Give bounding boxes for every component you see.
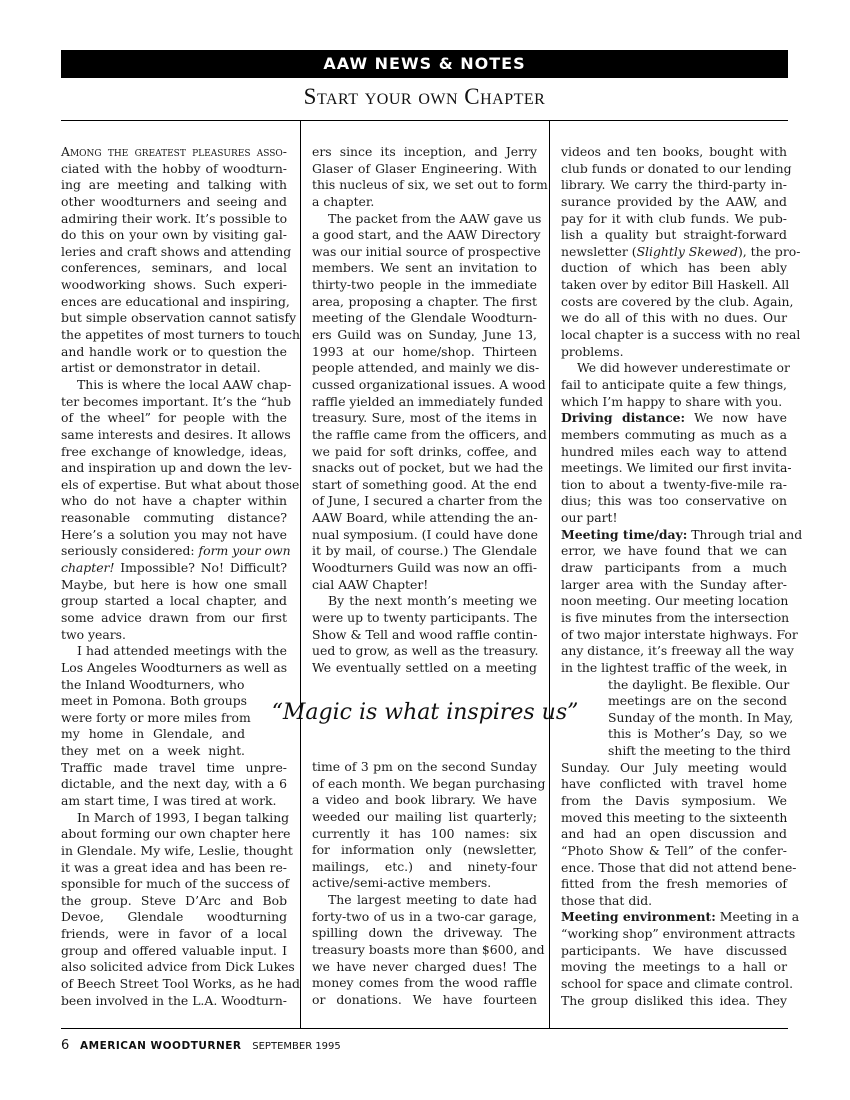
text-line: snacks out of pocket, but we had the: [312, 460, 537, 477]
text-line: members. We sent an invitation to: [312, 260, 537, 277]
text-run: leries and craft shows and attending: [61, 244, 291, 259]
text-run: area, proposing a chapter. The first: [312, 294, 537, 309]
text-run: forty-two of us in a two-car garage,: [312, 909, 537, 924]
text-line: start of something good. At the end: [312, 477, 537, 494]
text-line: the raffle came from the officers, and: [312, 427, 537, 444]
text-run: Driving distance:: [561, 410, 685, 425]
text-run: Among the greatest pleasures asso-: [61, 144, 287, 159]
text-run: we paid for soft drinks, coffee, and: [312, 444, 537, 459]
text-line: moving the meetings to a hall or: [561, 959, 787, 976]
text-run: of the wheel” for people with the: [61, 410, 287, 425]
text-run: artist or demonstrator in detail.: [61, 360, 261, 375]
article-title: Start your own Chapter: [61, 84, 788, 110]
text-run: Impossible? No! Difficult?: [114, 560, 287, 575]
column-divider-2: [549, 120, 550, 1028]
text-line: videos and ten books, bought with: [561, 144, 787, 161]
text-line: who do not have a chapter within: [61, 493, 287, 510]
text-line: about forming our own chapter here: [61, 826, 287, 843]
magazine-name: AMERICAN WOODTURNER: [80, 1040, 241, 1052]
text-run: Traffic made travel time unpre-: [61, 760, 287, 775]
text-line: members commuting as much as a: [561, 427, 787, 444]
text-run: a video and book library. We have: [312, 792, 537, 807]
text-line: of June, I secured a charter from the: [312, 493, 537, 510]
column-divider-1: [300, 120, 301, 1028]
text-line: Los Angeles Woodturners as well as: [61, 660, 287, 677]
text-line: which I’m happy to share with you.: [561, 394, 787, 411]
text-run: other woodturners and seeing and: [61, 194, 287, 209]
text-run: in Glendale. My wife, Leslie, thought: [61, 843, 293, 858]
text-run: The largest meeting to date had: [328, 892, 537, 907]
text-run: of each month. We began purchasing: [312, 776, 545, 791]
text-line: money comes from the wood raffle: [312, 975, 537, 992]
text-line: cussed organizational issues. A wood: [312, 377, 537, 394]
text-run: have conflicted with travel home: [561, 776, 787, 791]
text-run: those that did.: [561, 893, 652, 908]
text-line: have conflicted with travel home: [561, 776, 787, 793]
text-line: cial AAW Chapter!: [312, 577, 537, 594]
text-run: Meeting environment:: [561, 909, 716, 924]
text-run: “working shop” environment attracts: [561, 926, 795, 941]
text-run: was our initial source of prospective: [312, 244, 541, 259]
text-run: were up to twenty participants. The: [312, 610, 537, 625]
text-line: currently it has 100 names: six: [312, 826, 537, 843]
text-run: form your own: [199, 543, 291, 558]
text-line: The group disliked this idea. They: [561, 993, 787, 1010]
text-run: a good start, and the AAW Directory: [312, 227, 541, 242]
text-run: ence. Those that did not attend bene-: [561, 860, 796, 875]
text-run: nual symposium. (I could have done: [312, 527, 538, 542]
text-line: two years.: [61, 627, 287, 644]
text-line: AAW Board, while attending the an-: [312, 510, 537, 527]
text-line: Among the greatest pleasures asso-: [61, 144, 287, 161]
text-line: ences are educational and inspiring,: [61, 294, 287, 311]
text-run: money comes from the wood raffle: [312, 975, 537, 990]
text-line: active/semi-active members.: [312, 875, 537, 892]
text-run: problems.: [561, 344, 624, 359]
text-line: pay for it with club funds. We pub-: [561, 211, 787, 228]
issue-date: SEPTEMBER 1995: [252, 1041, 341, 1052]
text-line: Meeting environment: Meeting in a: [561, 909, 787, 926]
text-run: members. We sent an invitation to: [312, 260, 537, 275]
text-line: The largest meeting to date had: [312, 892, 537, 909]
text-line: lish a quality but straight-forward: [561, 227, 787, 244]
text-run: thirty-two people in the immediate: [312, 277, 537, 292]
text-line: my home in Glendale, and: [61, 726, 245, 743]
text-line: moved this meeting to the sixteenth: [561, 810, 787, 827]
text-line: a video and book library. We have: [312, 792, 537, 809]
text-line: was our initial source of prospective: [312, 244, 537, 261]
text-run: reasonable commuting distance?: [61, 510, 287, 525]
text-line: The packet from the AAW gave us: [312, 211, 537, 228]
text-line: a good start, and the AAW Directory: [312, 227, 537, 244]
text-run: lish a quality but straight-forward: [561, 227, 787, 242]
text-run: snacks out of pocket, but we had the: [312, 460, 543, 475]
text-run: noon meeting. Our meeting location: [561, 593, 788, 608]
text-run: larger area with the Sunday after-: [561, 577, 787, 592]
text-run: but simple observation cannot satisfy: [61, 310, 296, 325]
text-run: the daylight. Be flexible. Our: [608, 677, 789, 692]
text-run: admiring their work. It’s possible to: [61, 211, 287, 226]
text-line: Sunday. Our July meeting would: [561, 760, 787, 777]
text-run: treasury. Sure, most of the items in: [312, 410, 537, 425]
text-line: mailings, etc.) and ninety-four: [312, 859, 537, 876]
text-run: conferences, seminars, and local: [61, 260, 287, 275]
text-line: leries and craft shows and attending: [61, 244, 287, 261]
text-line: were forty or more miles from: [61, 710, 245, 727]
text-line: ers since its inception, and Jerry: [312, 144, 537, 161]
text-run: newsletter (: [561, 244, 637, 259]
text-run: surance provided by the AAW, and: [561, 194, 787, 209]
text-line: this is Mother’s Day, so we: [608, 726, 787, 743]
text-line: Sunday of the month. In May,: [608, 710, 787, 727]
text-run: We did however underestimate or: [577, 360, 790, 375]
text-line: group started a local chapter, and: [61, 593, 287, 610]
text-run: it by mail, of course.) The Glendale: [312, 543, 537, 558]
text-run: my home in Glendale, and: [61, 726, 245, 741]
text-line: meetings are on the second: [608, 693, 787, 710]
text-line: hundred miles each way to attend: [561, 444, 787, 461]
text-run: some advice drawn from our first: [61, 610, 287, 625]
text-run: Woodturners Guild was now an offi-: [312, 560, 537, 575]
text-run: By the next month’s meeting we: [328, 593, 537, 608]
text-line: local chapter is a success with no real: [561, 327, 787, 344]
section-banner: AAW NEWS & NOTES: [61, 50, 788, 78]
text-line: the Inland Woodturners, who: [61, 677, 245, 694]
text-run: Los Angeles Woodturners as well as: [61, 660, 287, 675]
text-line: reasonable commuting distance?: [61, 510, 287, 527]
text-line: of two major interstate highways. For: [561, 627, 787, 644]
text-run: club funds or donated to our lending: [561, 161, 792, 176]
text-line: ers Guild was on Sunday, June 13,: [312, 327, 537, 344]
text-line: and handle work or to question the: [61, 344, 287, 361]
text-run: This is where the local AAW chap-: [77, 377, 291, 392]
text-line: taken over by editor Bill Haskell. All: [561, 277, 787, 294]
text-run: and handle work or to question the: [61, 344, 287, 359]
text-run: We eventually settled on a meeting: [312, 660, 537, 675]
text-run: the Inland Woodturners, who: [61, 677, 244, 692]
text-line: duction of which has been ably: [561, 260, 787, 277]
text-line: fail to anticipate quite a few things,: [561, 377, 787, 394]
text-run: ter becomes important. It’s the “hub: [61, 394, 291, 409]
text-run: local chapter is a success with no real: [561, 327, 800, 342]
text-line: friends, were in favor of a local: [61, 926, 287, 943]
text-line: is five minutes from the intersection: [561, 610, 787, 627]
text-line: meeting of the Glendale Woodturn-: [312, 310, 537, 327]
text-line: of the wheel” for people with the: [61, 410, 287, 427]
text-line: artist or demonstrator in detail.: [61, 360, 287, 377]
text-line: Meeting time/day: Through trial and: [561, 527, 787, 544]
text-run: our part!: [561, 510, 618, 525]
text-line: Glaser of Glaser Engineering. With: [312, 161, 537, 178]
text-run: and had an open discussion and: [561, 826, 787, 841]
text-run: chapter!: [61, 560, 114, 575]
text-line: of each month. We began purchasing: [312, 776, 537, 793]
text-line: we do all of this with no dues. Our: [561, 310, 787, 327]
text-line: We eventually settled on a meeting: [312, 660, 537, 677]
text-line: people attended, and mainly we dis-: [312, 360, 537, 377]
text-run: ), the pro-: [738, 244, 800, 259]
text-run: same interests and desires. It allows: [61, 427, 291, 442]
text-run: dius; this was too conservative on: [561, 493, 787, 508]
text-run: AAW Board, while attending the an-: [312, 510, 538, 525]
text-run: tion to about a twenty-five-mile ra-: [561, 477, 787, 492]
text-line: thirty-two people in the immediate: [312, 277, 537, 294]
text-line: conferences, seminars, and local: [61, 260, 287, 277]
bottom-rule: [61, 1028, 788, 1029]
text-line: of Beech Street Tool Works, as he had: [61, 976, 287, 993]
text-run: cial AAW Chapter!: [312, 577, 428, 592]
text-run: pay for it with club funds. We pub-: [561, 211, 787, 226]
top-rule: [61, 120, 788, 121]
text-line: noon meeting. Our meeting location: [561, 593, 787, 610]
text-run: in the lightest traffic of the week, in: [561, 660, 787, 675]
text-line: els of expertise. But what about those: [61, 477, 287, 494]
text-line: we paid for soft drinks, coffee, and: [312, 444, 537, 461]
text-line: raffle yielded an immediately funded: [312, 394, 537, 411]
text-line: sponsible for much of the success of: [61, 876, 287, 893]
text-line: ciated with the hobby of woodturn-: [61, 161, 287, 178]
text-run: ciated with the hobby of woodturn-: [61, 161, 287, 176]
text-run: were forty or more miles from: [61, 710, 251, 725]
text-run: a chapter.: [312, 194, 374, 209]
text-line: newsletter (Slightly Skewed), the pro-: [561, 244, 787, 261]
text-run: woodworking shows. Such experi-: [61, 277, 287, 292]
text-run: of June, I secured a charter from the: [312, 493, 542, 508]
text-line: ued to grow, as well as the treasury.: [312, 643, 537, 660]
text-run: draw participants from a much: [561, 560, 787, 575]
article-column-1: Among the greatest pleasures asso-ciated…: [61, 144, 287, 1009]
text-run: Show & Tell and wood raffle contin-: [312, 627, 537, 642]
text-run: Sunday. Our July meeting would: [561, 760, 787, 775]
text-run: treasury boasts more than $600, and: [312, 942, 545, 957]
text-run: shift the meeting to the third: [608, 743, 791, 758]
text-line: also solicited advice from Dick Lukes: [61, 959, 287, 976]
text-run: duction of which has been ably: [561, 260, 787, 275]
text-run: sponsible for much of the success of: [61, 876, 289, 891]
text-line: it was a great idea and has been re-: [61, 860, 287, 877]
text-line: were up to twenty participants. The: [312, 610, 537, 627]
text-line: other woodturners and seeing and: [61, 194, 287, 211]
text-line: Driving distance: We now have: [561, 410, 787, 427]
text-line: and inspiration up and down the lev-: [61, 460, 287, 477]
text-line: from the Davis symposium. We: [561, 793, 787, 810]
text-line: Woodturners Guild was now an offi-: [312, 560, 537, 577]
text-run: Maybe, but here is how one small: [61, 577, 287, 592]
text-run: Sunday of the month. In May,: [608, 710, 793, 725]
text-line: nual symposium. (I could have done: [312, 527, 537, 544]
text-line: Show & Tell and wood raffle contin-: [312, 627, 537, 644]
text-run: any distance, it’s freeway all the way: [561, 643, 794, 658]
text-run: seriously considered:: [61, 543, 199, 558]
text-run: els of expertise. But what about those: [61, 477, 299, 492]
text-line: “working shop” environment attracts: [561, 926, 787, 943]
text-run: moved this meeting to the sixteenth: [561, 810, 787, 825]
text-line: do this on your own by visiting gal-: [61, 227, 287, 244]
text-line: club funds or donated to our lending: [561, 161, 787, 178]
text-line: treasury. Sure, most of the items in: [312, 410, 537, 427]
text-line: We did however underestimate or: [561, 360, 787, 377]
text-line: By the next month’s meeting we: [312, 593, 537, 610]
article-column-3: videos and ten books, bought withclub fu…: [561, 144, 787, 1009]
text-line: Devoe, Glendale woodturning: [61, 909, 287, 926]
text-line: time of 3 pm on the second Sunday: [312, 759, 537, 776]
text-line: this nucleus of six, we set out to form: [312, 177, 537, 194]
text-run: “Photo Show & Tell” of the confer-: [561, 843, 787, 858]
text-run: about forming our own chapter here: [61, 826, 290, 841]
text-run: Meeting in a: [716, 909, 799, 924]
text-run: and inspiration up and down the lev-: [61, 460, 292, 475]
text-run: the group. Steve D’Arc and Bob: [61, 893, 287, 908]
article-column-2-top: ers since its inception, and JerryGlaser…: [312, 144, 537, 677]
text-line: I had attended meetings with the: [61, 643, 287, 660]
text-run: from the Davis symposium. We: [561, 793, 787, 808]
text-run: we have never charged dues! The: [312, 959, 537, 974]
text-line: fitted from the fresh memories of: [561, 876, 787, 893]
text-line: Here’s a solution you may not have: [61, 527, 287, 544]
text-line: dius; this was too conservative on: [561, 493, 787, 510]
text-run: the raffle came from the officers, and: [312, 427, 547, 442]
text-line: meet in Pomona. Both groups: [61, 693, 245, 710]
text-run: it was a great idea and has been re-: [61, 860, 287, 875]
text-line: those that did.: [561, 893, 787, 910]
text-line: in the lightest traffic of the week, in: [561, 660, 787, 677]
text-run: which I’m happy to share with you.: [561, 394, 782, 409]
text-run: meetings are on the second: [608, 693, 787, 708]
text-run: this nucleus of six, we set out to form: [312, 177, 548, 192]
text-run: ers since its inception, and Jerry: [312, 144, 537, 159]
text-line: seriously considered: form your own: [61, 543, 287, 560]
text-line: school for space and climate control.: [561, 976, 787, 993]
text-line: in Glendale. My wife, Leslie, thought: [61, 843, 287, 860]
text-run: ences are educational and inspiring,: [61, 294, 290, 309]
text-run: or donations. We have fourteen: [312, 992, 537, 1007]
text-run: active/semi-active members.: [312, 875, 491, 890]
text-line: dictable, and the next day, with a 6: [61, 776, 287, 793]
text-run: videos and ten books, bought with: [561, 144, 787, 159]
text-run: free exchange of knowledge, ideas,: [61, 444, 287, 459]
text-line: spilling down the driveway. The: [312, 925, 537, 942]
text-run: cussed organizational issues. A wood: [312, 377, 546, 392]
text-run: friends, were in favor of a local: [61, 926, 287, 941]
text-run: We now have: [685, 410, 787, 425]
text-run: Devoe, Glendale woodturning: [61, 909, 287, 924]
text-line: Traffic made travel time unpre-: [61, 760, 287, 777]
text-line: error, we have found that we can: [561, 543, 787, 560]
text-run: costs are covered by the club. Again,: [561, 294, 793, 309]
text-line: area, proposing a chapter. The first: [312, 294, 537, 311]
text-run: Through trial and: [687, 527, 802, 542]
text-line: some advice drawn from our first: [61, 610, 287, 627]
text-run: people attended, and mainly we dis-: [312, 360, 539, 375]
text-run: ing are meeting and talking with: [61, 177, 287, 192]
text-line: treasury boasts more than $600, and: [312, 942, 537, 959]
text-run: meetings. We limited our first invita-: [561, 460, 792, 475]
text-line: draw participants from a much: [561, 560, 787, 577]
text-line: meetings. We limited our first invita-: [561, 460, 787, 477]
text-line: the group. Steve D’Arc and Bob: [61, 893, 287, 910]
text-run: we do all of this with no dues. Our: [561, 310, 787, 325]
text-line: our part!: [561, 510, 787, 527]
text-run: I had attended meetings with the: [77, 643, 287, 658]
text-run: Meeting time/day:: [561, 527, 687, 542]
page-footer: 6 AMERICAN WOODTURNER SEPTEMBER 1995: [61, 1038, 341, 1053]
text-run: group and offered valuable input. I: [61, 943, 287, 958]
text-run: group started a local chapter, and: [61, 593, 287, 608]
text-run: hundred miles each way to attend: [561, 444, 787, 459]
text-run: they met on a week night.: [61, 743, 245, 758]
article-column-2-bottom: time of 3 pm on the second Sundayof each…: [312, 759, 537, 1009]
pull-quote: “Magic is what inspires us”: [250, 700, 600, 725]
text-run: meet in Pomona. Both groups: [61, 693, 247, 708]
text-line: but simple observation cannot satisfy: [61, 310, 287, 327]
text-line: and had an open discussion and: [561, 826, 787, 843]
text-run: do this on your own by visiting gal-: [61, 227, 287, 242]
text-run: members commuting as much as a: [561, 427, 787, 442]
text-line: surance provided by the AAW, and: [561, 194, 787, 211]
text-run: the appetites of most turners to touch: [61, 327, 300, 342]
text-line: the daylight. Be flexible. Our: [608, 677, 787, 694]
text-line: ter becomes important. It’s the “hub: [61, 394, 287, 411]
text-line: any distance, it’s freeway all the way: [561, 643, 787, 660]
text-line: chapter! Impossible? No! Difficult?: [61, 560, 287, 577]
text-run: spilling down the driveway. The: [312, 925, 537, 940]
text-line: same interests and desires. It allows: [61, 427, 287, 444]
text-run: Slightly Skewed: [637, 244, 738, 259]
text-run: weeded our mailing list quarterly;: [312, 809, 537, 824]
text-run: 1993 at our home/shop. Thirteen: [312, 344, 537, 359]
text-run: ued to grow, as well as the treasury.: [312, 643, 538, 658]
text-line: larger area with the Sunday after-: [561, 577, 787, 594]
text-run: who do not have a chapter within: [61, 493, 287, 508]
text-run: been involved in the L.A. Woodturn-: [61, 993, 287, 1008]
text-line: This is where the local AAW chap-: [61, 377, 287, 394]
text-line: ence. Those that did not attend bene-: [561, 860, 787, 877]
text-line: forty-two of us in a two-car garage,: [312, 909, 537, 926]
text-line: a chapter.: [312, 194, 537, 211]
text-line: weeded our mailing list quarterly;: [312, 809, 537, 826]
page-number: 6: [61, 1038, 69, 1053]
text-run: Here’s a solution you may not have: [61, 527, 287, 542]
text-run: The group disliked this idea. They: [561, 993, 787, 1008]
text-run: mailings, etc.) and ninety-four: [312, 859, 537, 874]
text-run: two years.: [61, 627, 126, 642]
text-line: tion to about a twenty-five-mile ra-: [561, 477, 787, 494]
text-run: school for space and climate control.: [561, 976, 793, 991]
text-run: am start time, I was tired at work.: [61, 793, 276, 808]
text-line: group and offered valuable input. I: [61, 943, 287, 960]
text-run: participants. We have discussed: [561, 943, 787, 958]
text-run: raffle yielded an immediately funded: [312, 394, 543, 409]
text-line: 1993 at our home/shop. Thirteen: [312, 344, 537, 361]
text-line: library. We carry the third-party in-: [561, 177, 787, 194]
text-line: problems.: [561, 344, 787, 361]
text-run: ers Guild was on Sunday, June 13,: [312, 327, 537, 342]
text-line: for information only (newsletter,: [312, 842, 537, 859]
text-run: currently it has 100 names: six: [312, 826, 537, 841]
text-line: or donations. We have fourteen: [312, 992, 537, 1009]
text-run: dictable, and the next day, with a 6: [61, 776, 287, 791]
text-run: this is Mother’s Day, so we: [608, 726, 787, 741]
text-run: of Beech Street Tool Works, as he had: [61, 976, 300, 991]
text-run: of two major interstate highways. For: [561, 627, 798, 642]
text-line: am start time, I was tired at work.: [61, 793, 287, 810]
text-line: Maybe, but here is how one small: [61, 577, 287, 594]
text-run: library. We carry the third-party in-: [561, 177, 787, 192]
text-line: woodworking shows. Such experi-: [61, 277, 287, 294]
text-line: been involved in the L.A. Woodturn-: [61, 993, 287, 1010]
text-line: the appetites of most turners to touch: [61, 327, 287, 344]
text-run: also solicited advice from Dick Lukes: [61, 959, 295, 974]
